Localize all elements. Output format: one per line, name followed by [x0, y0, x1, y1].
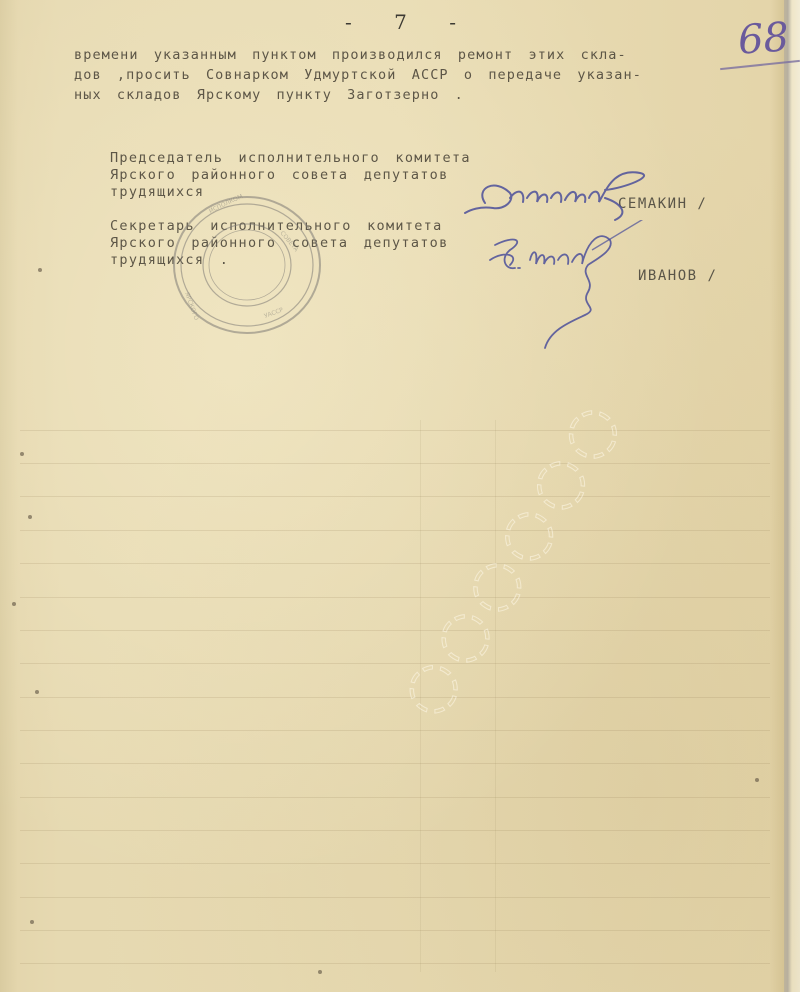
- svg-text:УАССР: УАССР: [263, 306, 284, 319]
- chairman-signature-icon: [455, 158, 655, 228]
- svg-text:ЯРСКОГО: ЯРСКОГО: [183, 291, 200, 321]
- paper-speck: [35, 690, 39, 694]
- archive-watermark: ◌◌◌◌◌◌: [384, 384, 637, 728]
- body-paragraph: времени указанным пунктом производился р…: [74, 45, 764, 105]
- body-line: ных складов Ярскому пункту Заготзерно .: [74, 85, 764, 105]
- title-line: Председатель исполнительного комитета: [110, 150, 471, 167]
- paper-speck: [318, 970, 322, 974]
- chairman-name: СЕМАКИН /: [618, 196, 707, 212]
- chairman-title-block: Председатель исполнительного комитета Яр…: [110, 150, 471, 201]
- paper-speck: [755, 778, 759, 782]
- ruled-lines: [20, 0, 770, 992]
- page-number: - 7 -: [345, 10, 474, 34]
- page-edge: [784, 0, 788, 992]
- title-line: Секретарь исполнительного комитета: [110, 218, 449, 235]
- secretary-title-block: Секретарь исполнительного комитета Ярско…: [110, 218, 449, 269]
- paper-speck: [28, 515, 32, 519]
- secretary-signature-icon: [470, 220, 670, 355]
- body-line: дов ,просить Совнарком Удмуртской АССР о…: [74, 65, 764, 85]
- paper-speck: [20, 452, 24, 456]
- paper-speck: [38, 268, 42, 272]
- paper-speck: [30, 920, 34, 924]
- title-line: Ярского районного совета депутатов: [110, 167, 471, 184]
- secretary-name: ИВАНОВ /: [638, 268, 717, 284]
- title-line: Ярского районного совета депутатов: [110, 235, 449, 252]
- scanned-document-page: ◌◌◌◌◌◌ - 7 - 68 времени указанным пункто…: [0, 0, 800, 992]
- title-line: трудящихся: [110, 184, 471, 201]
- body-line: времени указанным пунктом производился р…: [74, 45, 764, 65]
- title-line: трудящихся .: [110, 252, 449, 269]
- paper-speck: [12, 602, 16, 606]
